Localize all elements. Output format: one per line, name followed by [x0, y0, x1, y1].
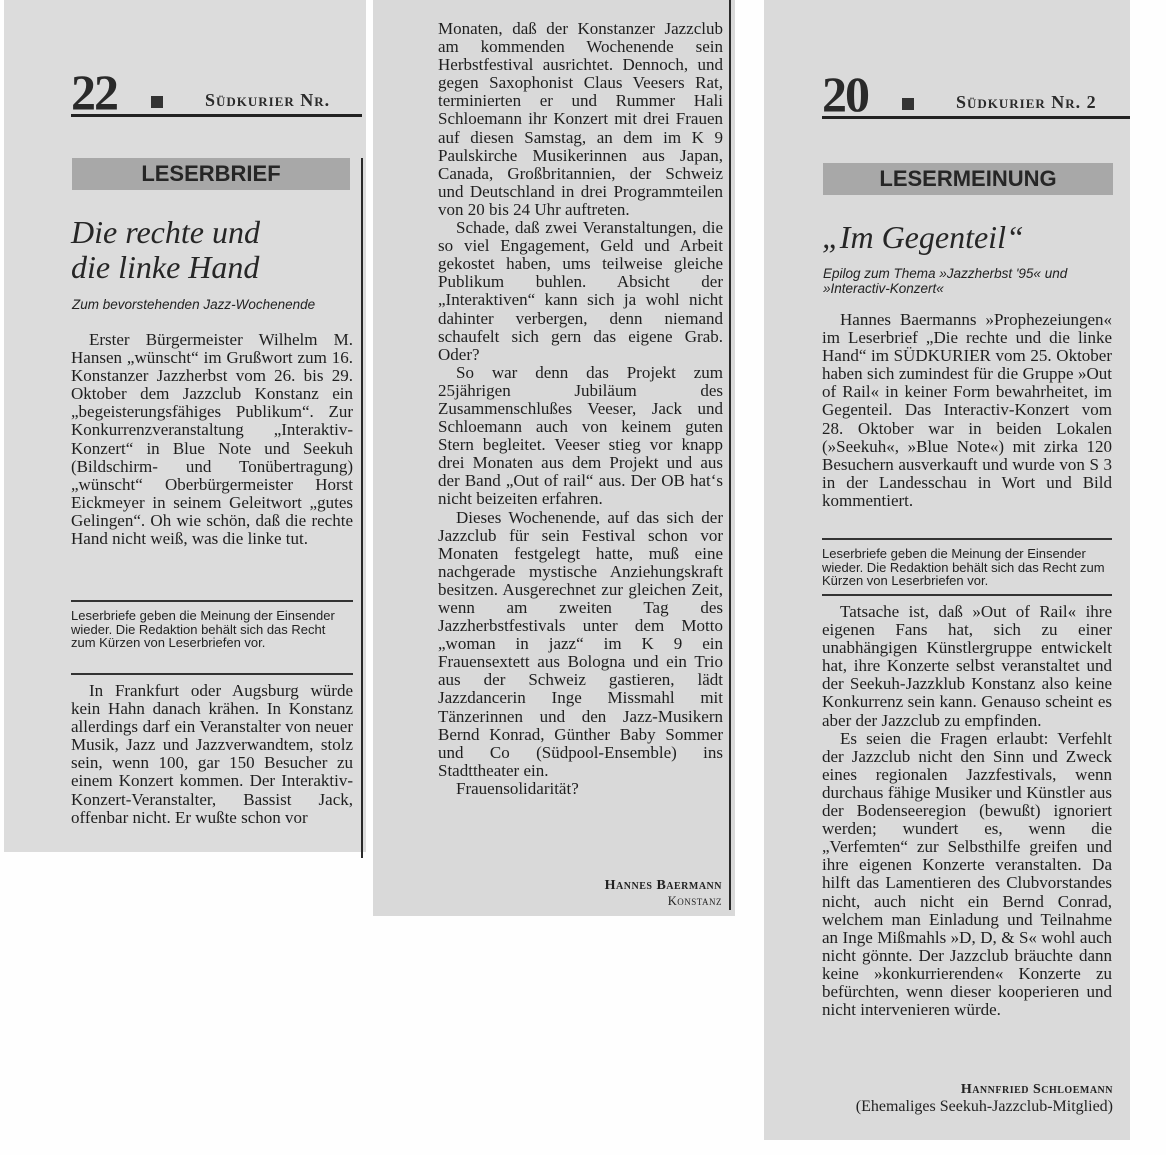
- paragraph: So war denn das Projekt zum 25jährigen J…: [438, 364, 723, 509]
- article-body-continued: Monaten, daß der Konstanzer Jazzclub am …: [438, 20, 723, 798]
- paragraph: Es seien die Fragen erlaubt: Verfehlt de…: [822, 730, 1112, 1020]
- paragraph: Monaten, daß der Konstanzer Jazzclub am …: [438, 20, 723, 219]
- masthead: 22 Südkurier Nr.: [71, 72, 362, 117]
- page-number: 22: [71, 70, 117, 114]
- masthead: 20 Südkurier Nr. 2: [822, 74, 1130, 119]
- headline: „Im Gegenteil“: [822, 220, 1024, 255]
- signature: Hannfried Schloemann (Ehemaliges Seekuh-…: [804, 1082, 1113, 1116]
- headline-line-2: die linke Hand: [71, 250, 260, 285]
- article-body-2: In Frankfurt oder Augsburg würde kein Ha…: [71, 682, 353, 827]
- paragraph: Schade, daß zwei Veranstaltungen, die so…: [438, 219, 723, 364]
- divider: [71, 673, 353, 675]
- signature: Hannes Baermann Konstanz: [438, 878, 722, 908]
- paragraph: Erster Bürgermeister Wilhelm M. Hansen „…: [71, 331, 353, 548]
- headline: Die rechte und die linke Hand: [71, 215, 260, 285]
- section-kicker: LESERBRIEF: [72, 158, 350, 190]
- newspaper-name: Südkurier Nr. 2: [956, 92, 1097, 113]
- divider: [822, 594, 1112, 596]
- paragraph: Frauensolidarität?: [438, 780, 723, 798]
- clipping-continuation: Monaten, daß der Konstanzer Jazzclub am …: [373, 0, 735, 916]
- clipping-leserbrief: 22 Südkurier Nr. LESERBRIEF Die rechte u…: [4, 0, 366, 852]
- paragraph: Dieses Wochenende, auf das sich der Jazz…: [438, 509, 723, 780]
- article-body-1: Erster Bürgermeister Wilhelm M. Hansen „…: [71, 331, 353, 548]
- author-location: Konstanz: [438, 894, 722, 908]
- section-kicker: LESERMEINUNG: [823, 163, 1113, 195]
- divider: [822, 538, 1112, 540]
- square-bullet-icon: [151, 96, 163, 108]
- author-name: Hannes Baermann: [438, 878, 722, 894]
- newspaper-name: Südkurier Nr.: [205, 90, 330, 111]
- disclaimer: Leserbriefe geben die Meinung der Einsen…: [71, 609, 353, 650]
- author-name: Hannfried Schloemann: [804, 1082, 1113, 1098]
- square-bullet-icon: [902, 98, 914, 110]
- page-number: 20: [822, 72, 868, 116]
- article-body-2: Tatsache ist, daß »Out of Rail« ihre eig…: [822, 603, 1112, 1019]
- column-rule: [729, 0, 731, 910]
- paragraph: In Frankfurt oder Augsburg würde kein Ha…: [71, 682, 353, 827]
- paragraph: Hannes Baermanns »Prophezeiungen« im Les…: [822, 311, 1112, 510]
- headline-line-1: Die rechte und: [71, 215, 260, 250]
- divider: [71, 600, 353, 602]
- subhead: Zum bevorstehenden Jazz-Wochenende: [72, 297, 315, 312]
- author-role: (Ehemaliges Seekuh-Jazzclub-Mitglied): [804, 1098, 1113, 1116]
- subhead: Epilog zum Thema »Jazzherbst '95« und »I…: [823, 266, 1113, 296]
- paragraph: Tatsache ist, daß »Out of Rail« ihre eig…: [822, 603, 1112, 730]
- clipping-lesermeinung: 20 Südkurier Nr. 2 LESERMEINUNG „Im Gege…: [764, 0, 1130, 1140]
- column-rule: [361, 158, 363, 858]
- disclaimer: Leserbriefe geben die Meinung der Einsen…: [822, 547, 1112, 588]
- article-body-1: Hannes Baermanns »Prophezeiungen« im Les…: [822, 311, 1112, 510]
